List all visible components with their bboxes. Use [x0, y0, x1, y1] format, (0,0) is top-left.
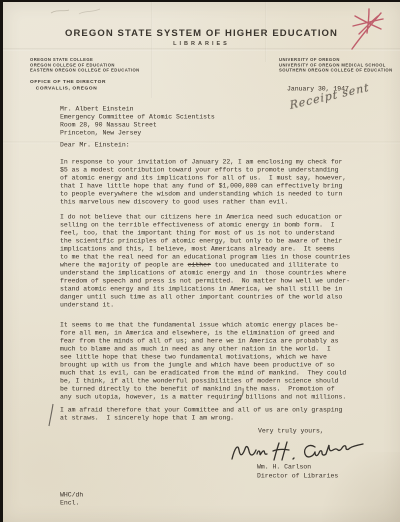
pencil-scuff-marks [45, 4, 115, 20]
paragraph-2: I do not believe that our citizens here … [60, 213, 354, 309]
paragraph-4: I am afraid therefore that your Committe… [60, 406, 354, 422]
salutation: Dear Mr. Einstein: [60, 141, 354, 149]
corner-shading [310, 452, 400, 522]
margin-pen-stroke [45, 402, 57, 428]
paragraph-3: It seems to me that the fundamental issu… [60, 321, 354, 401]
letterhead-title: OREGON STATE SYSTEM OF HIGHER EDUCATION [3, 28, 400, 39]
letterhead-office-address: OFFICE OF THE DIRECTOR CORVALLIS, OREGON [30, 79, 31, 92]
struck-out-word: either [188, 261, 211, 269]
paragraph-1: In response to your invitation of Januar… [60, 158, 354, 206]
pen-tick-mark [231, 386, 251, 406]
paragraph-2-text-after: too uneducated and illiterate to underst… [60, 261, 350, 309]
fold-crease-horizontal [3, 48, 400, 51]
recipient-address: Mr. Albert Einstein Emergency Committee … [60, 105, 354, 137]
letterhead-left-institutions: OREGON STATE COLLEGE OREGON COLLEGE OF E… [30, 57, 31, 73]
letterhead-right-institutions: UNIVERSITY OF OREGON UNIVERSITY OF OREGO… [279, 57, 280, 73]
letter-page: OREGON STATE SYSTEM OF HIGHER EDUCATION … [3, 2, 400, 522]
fold-crease-vertical-left [151, 2, 153, 98]
closing-phrase: Very truly yours, [258, 427, 400, 435]
letterhead-subtitle: LIBRARIES [3, 41, 400, 47]
